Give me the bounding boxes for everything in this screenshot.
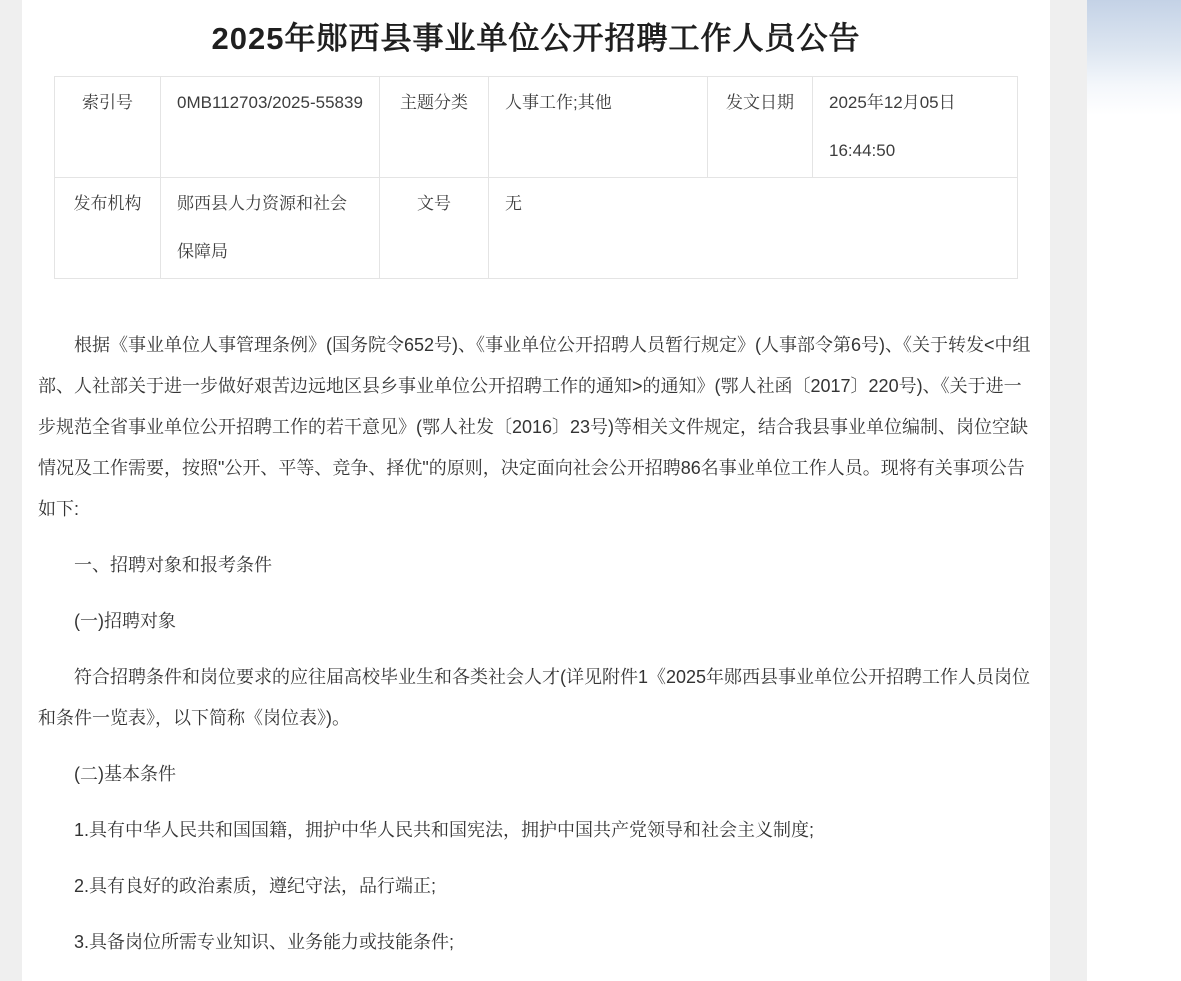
document-page: 2025年郧西县事业单位公开招聘工作人员公告 索引号 0MB112703/202… — [22, 0, 1050, 981]
publish-date-label: 发文日期 — [708, 77, 813, 178]
publish-date-value: 2025年12月05日 16:44:50 — [813, 77, 1018, 178]
page-title: 2025年郧西县事业单位公开招聘工作人员公告 — [36, 22, 1036, 56]
index-number-value: 0MB112703/2025-55839 — [161, 77, 380, 178]
index-number-label: 索引号 — [55, 77, 161, 178]
paragraph-intro: 根据《事业单位人事管理条例》(国务院令652号)、《事业单位公开招聘人员暂行规定… — [38, 325, 1034, 530]
section-heading-1: 一、招聘对象和报考条件 — [38, 545, 1034, 586]
publish-date-text: 2025年12月05日 — [829, 79, 1001, 127]
left-gutter — [0, 0, 22, 981]
document-meta-table: 索引号 0MB112703/2025-55839 主题分类 人事工作;其他 发文… — [54, 76, 1018, 279]
announcement-body: 根据《事业单位人事管理条例》(国务院令652号)、《事业单位公开招聘人员暂行规定… — [36, 325, 1036, 963]
subsection-heading-1-2: (二)基本条件 — [38, 754, 1034, 795]
page-background-gradient — [1087, 0, 1181, 981]
topic-category-label: 主题分类 — [380, 77, 489, 178]
meta-row-1: 索引号 0MB112703/2025-55839 主题分类 人事工作;其他 发文… — [55, 77, 1018, 178]
meta-row-2: 发布机构 郧西县人力资源和社会保障局 文号 无 — [55, 178, 1018, 279]
subsection-heading-1-1: (一)招聘对象 — [38, 601, 1034, 642]
condition-item-2: 2.具有良好的政治素质，遵纪守法，品行端正; — [38, 866, 1034, 907]
doc-number-label: 文号 — [380, 178, 489, 279]
condition-item-1: 1.具有中华人民共和国国籍，拥护中华人民共和国宪法，拥护中国共产党领导和社会主义… — [38, 810, 1034, 851]
right-gutter — [1050, 0, 1087, 981]
paragraph-recruit-target: 符合招聘条件和岗位要求的应往届高校毕业生和各类社会人才(详见附件1《2025年郧… — [38, 657, 1034, 739]
topic-category-value: 人事工作;其他 — [489, 77, 708, 178]
publish-time-text: 16:44:50 — [829, 127, 1001, 175]
condition-item-3: 3.具备岗位所需专业知识、业务能力或技能条件; — [38, 922, 1034, 963]
doc-number-value: 无 — [489, 178, 1018, 279]
publisher-value: 郧西县人力资源和社会保障局 — [161, 178, 380, 279]
publisher-label: 发布机构 — [55, 178, 161, 279]
